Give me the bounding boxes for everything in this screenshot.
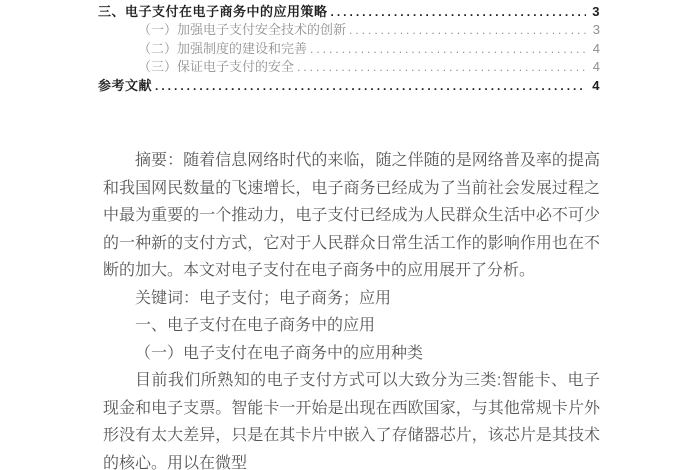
toc-page-number: 3 (589, 21, 600, 38)
subsection-heading: （一）电子支付在电子商务中的应用种类 (103, 340, 600, 368)
abstract-paragraph: 摘要：随着信息网络时代的来临，随之伴随的是网络普及率的提高和我国网民数量的飞速增… (103, 147, 600, 285)
toc-entry-label: 参考文献 (98, 77, 152, 94)
dot-leader: ........................................… (310, 41, 586, 58)
toc-entry-system-building[interactable]: （二）加强制度的建设和完善 ..........................… (98, 40, 600, 58)
table-of-contents: 三、电子支付在电子商务中的应用策略 ......................… (0, 0, 600, 95)
toc-entry-label: 三、电子支付在电子商务中的应用策略 (98, 3, 328, 20)
toc-page-number: 4 (589, 58, 600, 75)
toc-entry-label: （一）加强电子支付安全技术的创新 (138, 21, 346, 38)
toc-entry-security-tech[interactable]: （一）加强电子支付安全技术的创新 .......................… (98, 21, 600, 39)
toc-entry-references[interactable]: 参考文献 ...................................… (98, 77, 600, 95)
document-body: 摘要：随着信息网络时代的来临，随之伴随的是网络普及率的提高和我国网民数量的飞速增… (103, 147, 600, 470)
toc-page-number: 3 (589, 3, 600, 20)
toc-entry-label: （三）保证电子支付的安全 (138, 58, 294, 75)
dot-leader: ........................................… (349, 22, 586, 39)
keywords-line: 关键词：电子支付；电子商务；应用 (103, 285, 600, 313)
section-heading: 一、电子支付在电子商务中的应用 (103, 312, 600, 340)
toc-page-number: 4 (589, 77, 600, 94)
toc-page-number: 4 (589, 40, 600, 57)
dot-leader: ........................................… (331, 4, 586, 21)
dot-leader: ........................................… (297, 59, 586, 76)
toc-entry-payment-safety[interactable]: （三）保证电子支付的安全 ...........................… (98, 58, 600, 76)
dot-leader: ........................................… (155, 78, 586, 95)
toc-entry-label: （二）加强制度的建设和完善 (138, 40, 307, 57)
toc-entry-strategy[interactable]: 三、电子支付在电子商务中的应用策略 ......................… (98, 3, 600, 21)
document-page: 三、电子支付在电子商务中的应用策略 ......................… (0, 0, 700, 470)
body-paragraph: 目前我们所熟知的电子支付方式可以大致分为三类:智能卡、电子现金和电子支票。智能卡… (103, 367, 600, 470)
